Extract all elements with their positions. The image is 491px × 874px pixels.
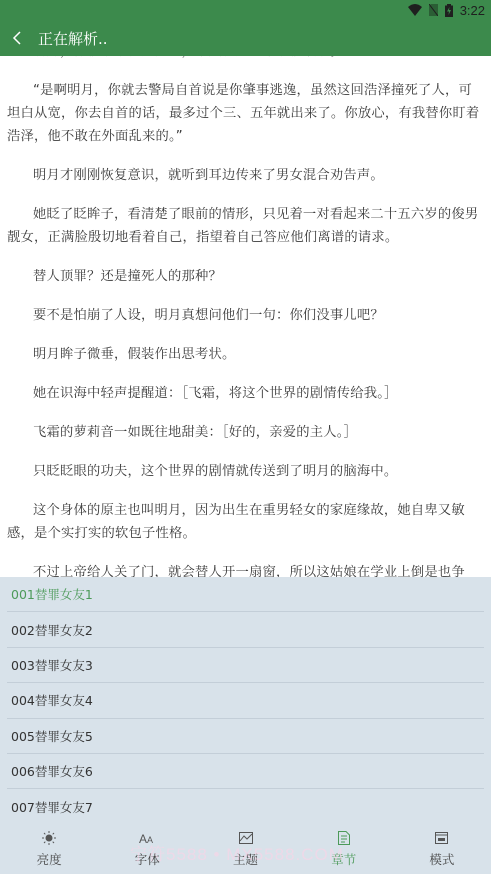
chapter-item[interactable]: 002替罪女友2 (7, 612, 484, 647)
paragraph: 明月，你就帮帮我这回吧，不然我这一辈子就毁了。 (7, 56, 484, 63)
chapter-item[interactable]: 007替罪女友7 (7, 789, 484, 817)
chapter-item[interactable]: 005替罪女友5 (7, 719, 484, 754)
chapter-list[interactable]: 001替罪女友1 002替罪女友2 003替罪女友3 004替罪女友4 005替… (0, 577, 491, 817)
nav-brightness[interactable]: 亮度 (0, 824, 98, 874)
paragraph: 她在识海中轻声提醒道：［飞霜，将这个世界的剧情传给我。］ (7, 382, 484, 405)
paragraph: 明月眸子微垂，假装作出思考状。 (7, 343, 484, 366)
bottom-nav: 亮度 AA 字体 主题 章节 模式 (0, 824, 491, 874)
nav-label: 亮度 (37, 850, 62, 868)
nav-font[interactable]: AA 字体 (98, 824, 196, 874)
reader-content[interactable]: 明月，你就帮帮我这回吧，不然我这一辈子就毁了。 “是啊明月，你就去警局自首说是你… (0, 56, 491, 577)
chapter-item[interactable]: 003替罪女友3 (7, 648, 484, 683)
no-sim-icon (429, 4, 438, 16)
nav-label: 字体 (135, 850, 160, 868)
status-time: 3:22 (460, 3, 485, 18)
battery-charging-icon (445, 4, 453, 17)
app-bar: 正在解析.. (0, 20, 491, 56)
chapter-icon (338, 831, 350, 845)
nav-label: 主题 (233, 850, 258, 868)
nav-label: 章节 (331, 850, 356, 868)
status-bar: 3:22 (0, 0, 491, 20)
back-button[interactable] (0, 20, 34, 56)
chapter-item[interactable]: 001替罪女友1 (7, 577, 484, 612)
svg-text:A: A (147, 835, 153, 844)
paragraph: 她眨了眨眸子，看清楚了眼前的情形，只见着一对看起来二十五六岁的俊男靓女，正满脸殷… (7, 203, 484, 249)
nav-chapter[interactable]: 章节 (295, 824, 393, 874)
paragraph: 替人顶罪？还是撞死人的那种？ (7, 265, 484, 288)
theme-icon (239, 832, 253, 844)
mode-icon (435, 832, 448, 844)
nav-mode[interactable]: 模式 (393, 824, 491, 874)
brightness-icon (42, 831, 56, 845)
paragraph: “是啊明月，你就去警局自首说是你肇事逃逸，虽然这回浩泽撞死了人，可坦白从宽，你去… (7, 79, 484, 148)
paragraph: 明月才刚刚恢复意识，就听到耳边传来了男女混合劝告声。 (7, 164, 484, 187)
nav-theme[interactable]: 主题 (196, 824, 294, 874)
paragraph: 飞霜的萝莉音一如既往地甜美：［好的，亲爱的主人。］ (7, 421, 484, 444)
nav-label: 模式 (429, 850, 454, 868)
chapter-item[interactable]: 004替罪女友4 (7, 683, 484, 718)
svg-text:A: A (139, 832, 147, 844)
paragraph: 要不是怕崩了人设，明月真想问他们一句：你们没事儿吧？ (7, 304, 484, 327)
chapter-panel: 001替罪女友1 002替罪女友2 003替罪女友3 004替罪女友4 005替… (0, 577, 491, 874)
paragraph: 这个身体的原主也叫明月，因为出生在重男轻女的家庭缘故，她自卑又敏感，是个实打实的… (7, 499, 484, 545)
page-title: 正在解析.. (38, 28, 108, 49)
chevron-left-icon (12, 31, 22, 45)
font-icon: AA (139, 832, 155, 844)
wifi-icon (408, 4, 422, 16)
paragraph: 不过上帝给人关了门，就会替人开一扇窗，所以这姑娘在学业上倒是也争气。 (7, 561, 484, 577)
paragraph: 只眨眨眼的功夫，这个世界的剧情就传送到了明月的脑海中。 (7, 460, 484, 483)
chapter-item[interactable]: 006替罪女友6 (7, 754, 484, 789)
